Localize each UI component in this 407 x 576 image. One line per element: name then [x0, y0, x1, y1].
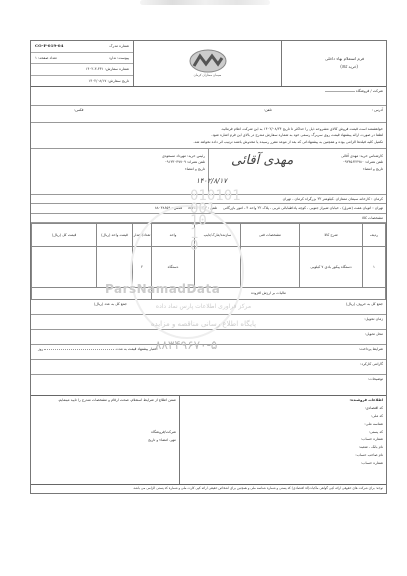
instruction-3: تکمیل کلیه فیلدها الزامی بوده و همچنین ب…: [34, 140, 383, 144]
order-date: تاریخ سفارش: ۱۴۰۲/۰۸/۱۷: [88, 79, 129, 83]
col-description: شرح کالا: [300, 223, 363, 246]
watermark-brand: ParsNamadData: [105, 282, 220, 296]
field-bank-branch: نام بانک - شعبه:: [183, 445, 383, 449]
field-account-number: شماره حساب:: [183, 437, 383, 441]
row-total: [32, 246, 97, 287]
vendor-company-row: شرکت / فروشگاه: [31, 87, 386, 106]
field-national-code: کد ملی:: [183, 414, 383, 418]
form-header: فرم استعلام بهاء داخلی (خرید کالا) سیمان…: [31, 41, 386, 87]
fax-label: فکس:: [74, 108, 84, 120]
company-name: سیمان ممتازان کرمان: [188, 74, 228, 78]
doc-meta: شماره مدرکCO-F-019-04 پیوست: نداردتعداد …: [31, 41, 133, 86]
phone-label: تلفن:: [264, 108, 272, 120]
days: روز: [38, 347, 43, 351]
warranty: گارانتی کارکرد:: [31, 360, 386, 375]
attachment: پیوست: ندارد: [109, 56, 129, 60]
watermark-line-2: پایگاه اطلاع رسانی مناقصه و مزایده: [0, 320, 407, 328]
handwritten-signature: مهدی آقائی: [231, 153, 293, 169]
instruction-1: خواهشمند است قیمت فروش کالای مشروحه ذیل …: [34, 127, 383, 131]
company-stamp-label: شرکت/فروشگاه: [34, 430, 176, 434]
doc-number: CO-F-019-04: [35, 44, 63, 49]
col-total: قیمت کل (ریال): [32, 223, 97, 246]
row-description: دستگاه پیکور بادی ۷ کیلویی: [300, 246, 363, 287]
doc-number-label: شماره مدرک: [109, 44, 129, 48]
col-unit-price: قیمت واحد (ریال): [97, 223, 133, 246]
form-title: فرم استعلام بهاء داخلی: [282, 57, 364, 62]
seller-fields: اطلاعات فروشنده: کد اقتصادی: کد ملی: شنا…: [180, 396, 386, 484]
confirmation-note: ضمن اطلاع از شرایط استعلام، صحت ارقام و …: [34, 398, 176, 402]
watermark-digits: 010101 001 10 1 0: [190, 190, 241, 253]
chief-date: تاریخ و امضاء: [34, 167, 205, 171]
form-title-block: فرم استعلام بهاء داخلی (خرید کالا): [281, 41, 386, 86]
credit-days: اعتبار پیشنهاد قیمت به مدت: [116, 347, 158, 351]
scan-artifact: [140, 0, 270, 5]
watermark-line-1: مرکز فراوری اطلاعات پارس نماد داده: [0, 303, 407, 310]
notes: توضیحات:: [31, 375, 386, 396]
order-number: شماره سفارش: ۴۳۱-۳-۱۴۰۲: [86, 67, 129, 71]
form-subtitle: (خرید کالا): [282, 65, 358, 70]
seller-confirmation: ضمن اطلاع از شرایط استعلام، صحت ارقام و …: [31, 396, 180, 484]
field-national-id: شناسه ملی:: [183, 422, 383, 426]
stamp-sign-label: مهر، امضاء و تاریخ: [34, 438, 176, 442]
payment-terms: شرایط پرداخت:: [359, 347, 383, 357]
vendor-company-label: شرکت / فروشگاه: [356, 89, 383, 93]
col-index: ردیف: [363, 223, 386, 246]
seller-info: اطلاعات فروشنده: کد اقتصادی: کد ملی: شنا…: [31, 396, 386, 485]
row-index: ۱: [363, 246, 386, 287]
field-account-holder: نام صاحب حساب:: [183, 453, 383, 457]
company-logo: سیمان ممتازان کرمان: [133, 41, 281, 86]
vendor-address-row: آدرس : تلفن: فکس:: [31, 106, 386, 123]
address-label: آدرس :: [372, 108, 383, 120]
col-spec: مشخصات فنی: [241, 223, 300, 246]
instruction-2: لطفا در صورت ارائه پیشنهاد قیمت روی سربر…: [34, 133, 383, 137]
field-economic-code: کد اقتصادی:: [183, 406, 383, 410]
tehran-address: تهران : اتوبان همت (شرق) ، خیابان شیراز …: [223, 206, 383, 210]
watermark-phone: ۸۸۳۴۹۶۷۰-۵: [155, 338, 217, 352]
chief-name: رئیس خرید: مهرداد مسعودی: [34, 154, 205, 158]
field-postal-code: کد پستی:: [183, 430, 383, 434]
instructions: خواهشمند است قیمت فروش کالای مشروحه ذیل …: [31, 123, 386, 149]
pages: تعداد صفحه: ۱: [35, 56, 57, 60]
field-account-number-2: شماره حساب:: [183, 461, 383, 465]
seller-info-title: اطلاعات فروشنده:: [183, 398, 383, 402]
chief-signature: رئیس خرید: مهرداد مسعودی تلفن همراه: ۰۹۱…: [31, 149, 209, 194]
row-spec: [241, 246, 300, 287]
chief-mobile: تلفن همراه: ۰۹۱۳۳۰۳۷۷۰۹: [34, 160, 205, 164]
handwritten-date: ۱۴۰۲/۸/۱۷: [196, 177, 227, 185]
footer-note: توجه: برای شرکت های حقوقی ارائه کپی گواه…: [31, 485, 386, 493]
logo-icon: [188, 49, 228, 73]
